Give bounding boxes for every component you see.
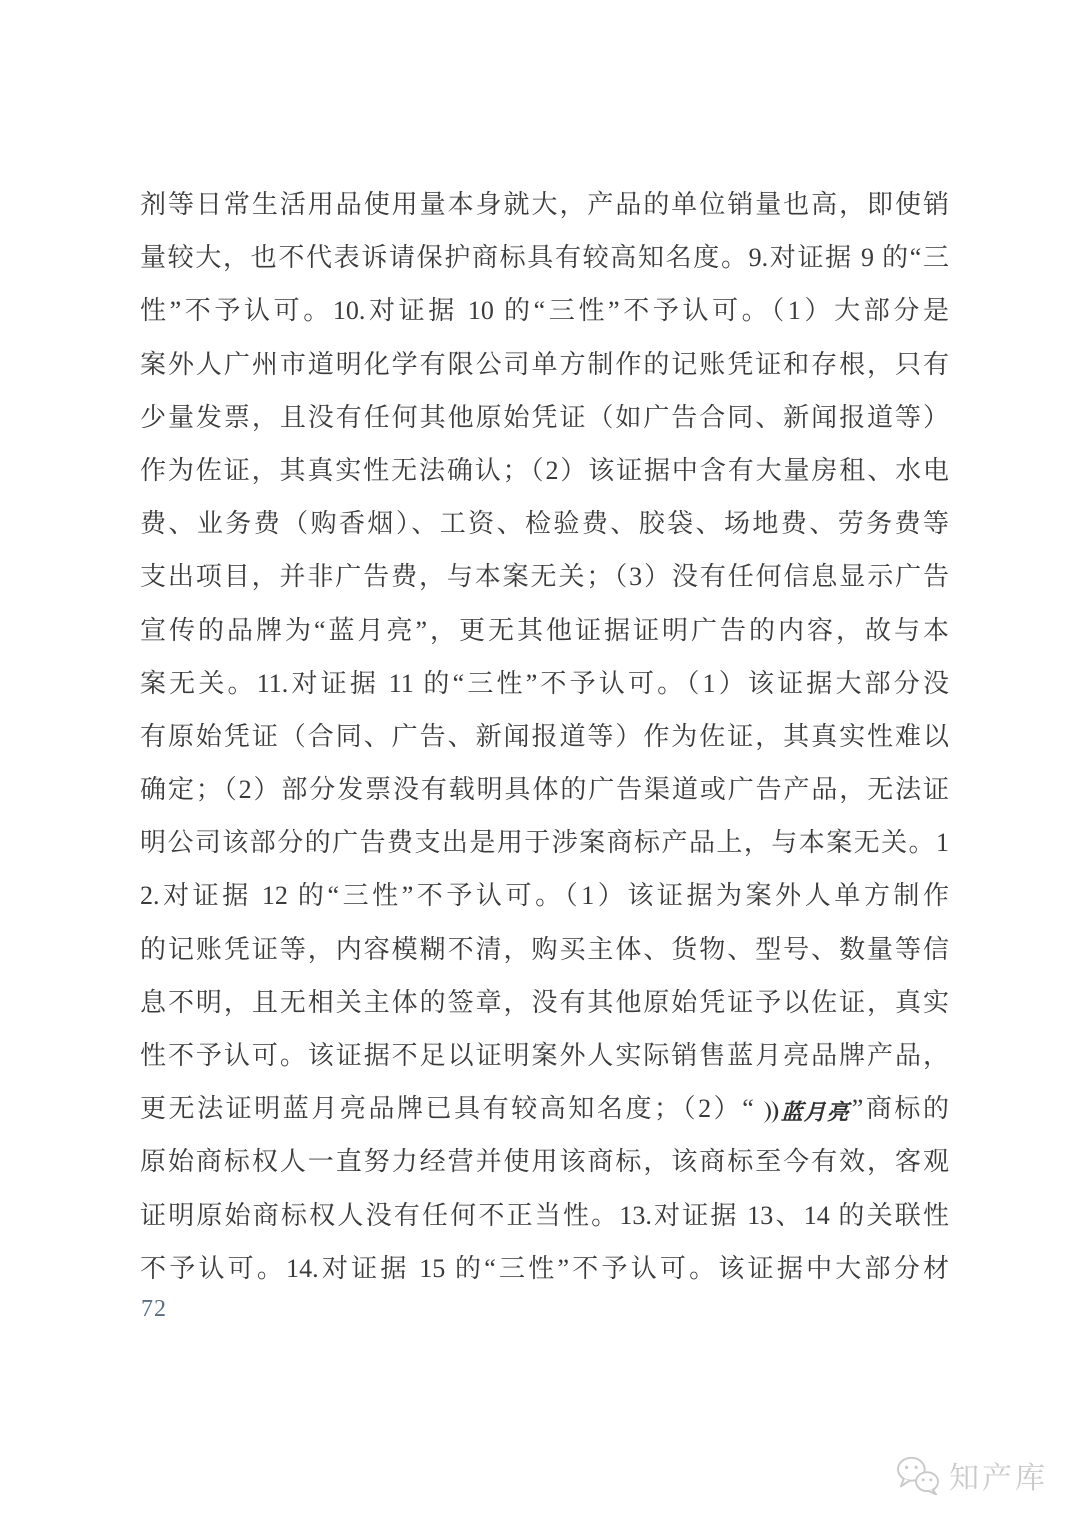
blue-moon-trademark-logo: 蓝月亮: [756, 1083, 850, 1135]
text-line: 案无关。11.对证据 11 的“三性”不予认可。（1）该证据大部分没: [140, 657, 949, 710]
trademark-text: 蓝月亮: [781, 1100, 850, 1125]
text-line: 剂等日常生活用品使用量本身就大，产品的单位销量也高，即使销: [140, 178, 949, 231]
text-segment: 更无法证明蓝月亮品牌已具有较高知名度；（2）“: [140, 1094, 754, 1123]
text-segment: ”商标的: [852, 1094, 949, 1123]
text-line: 确定；（2）部分发票没有载明具体的广告渠道或广告产品，无法证: [140, 763, 949, 816]
text-line: 原始商标权人一直努力经营并使用该商标，该商标至今有效，客观: [140, 1135, 949, 1188]
text-line: 性”不予认可。10.对证据 10 的“三性”不予认可。（1）大部分是: [140, 284, 949, 337]
text-line: 少量发票，且没有任何其他原始凭证（如广告合同、新闻报道等）: [140, 391, 949, 444]
text-line: 作为佐证，其真实性无法确认；（2）该证据中含有大量房租、水电: [140, 444, 949, 497]
text-line: 费、业务费（购香烟）、工资、检验费、胶袋、场地费、劳务费等: [140, 497, 949, 550]
text-line: 支出项目，并非广告费，与本案无关；（3）没有任何信息显示广告: [140, 550, 949, 603]
text-line: 证明原始商标权人没有任何不正当性。13.对证据 13、14 的关联性: [140, 1189, 949, 1242]
text-line: 明公司该部分的广告费支出是用于涉案商标产品上，与本案无关。1: [140, 816, 949, 869]
text-line: 案外人广州市道明化学有限公司单方制作的记账凭证和存根，只有: [140, 338, 949, 391]
page-number: 72: [141, 1296, 167, 1323]
text-line: 宣传的品牌为“蓝月亮”，更无其他证据证明广告的内容，故与本: [140, 604, 949, 657]
text-line: 的记账凭证等，内容模糊不清，购买主体、货物、型号、数量等信: [140, 923, 949, 976]
text-line: 息不明，且无相关主体的签章，没有其他原始凭证予以佐证，真实: [140, 976, 949, 1029]
wechat-icon: [895, 1455, 941, 1495]
text-line: 性不予认可。该证据不足以证明案外人实际销售蓝月亮品牌产品，: [140, 1029, 949, 1082]
crescent-moon-icon: [756, 1099, 780, 1125]
text-line: 有原始凭证（合同、广告、新闻报道等）作为佐证，其真实性难以: [140, 710, 949, 763]
watermark: 知产库: [895, 1453, 1048, 1497]
text-line: 不予认可。14.对证据 15 的“三性”不予认可。该证据中大部分材: [140, 1242, 949, 1295]
text-line: 更无法证明蓝月亮品牌已具有较高知名度；（2）“蓝月亮”商标的: [140, 1082, 949, 1135]
text-line: 量较大，也不代表诉请保护商标具有较高知名度。9.对证据 9 的“三: [140, 231, 949, 284]
document-text-block: 剂等日常生活用品使用量本身就大，产品的单位销量也高，即使销量较大，也不代表诉请保…: [140, 178, 949, 1295]
watermark-label: 知产库: [949, 1453, 1048, 1497]
text-line: 2.对证据 12 的“三性”不予认可。（1）该证据为案外人单方制作: [140, 869, 949, 922]
document-page: 剂等日常生活用品使用量本身就大，产品的单位销量也高，即使销量较大，也不代表诉请保…: [0, 0, 1080, 1527]
